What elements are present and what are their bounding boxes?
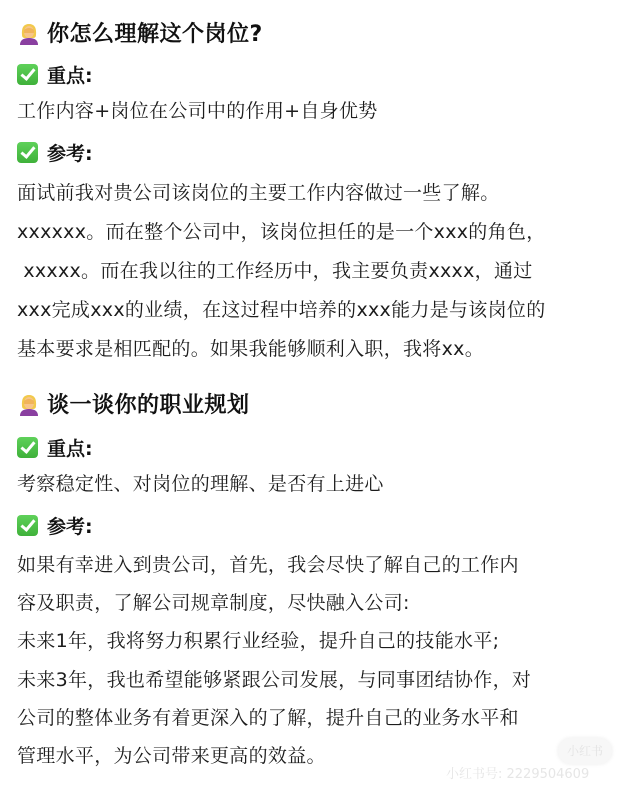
reference-line: xxxxx。而在我以往的工作经历中，我主要负责xxxx，通过 — [17, 256, 533, 283]
reference-line: 如果有幸进入到贵公司，首先，我会尽快了解自己的工作内 — [17, 550, 519, 577]
reference-line: 容及职责，了解公司规章制度，尽快融入公司: — [17, 588, 410, 615]
key-point-label-text: 重点: — [47, 438, 93, 460]
section-2-key-point-label: 重点: — [17, 434, 93, 461]
reference-line: 管理水平，为公司带来更高的效益。 — [17, 741, 326, 768]
section-title-text: 谈一谈你的职业规划 — [47, 393, 250, 418]
reference-line: 基本要求是相匹配的。如果我能够顺利入职，我将xx。 — [17, 334, 484, 361]
section-1-key-point-text: 工作内容+岗位在公司中的作用+自身优势 — [17, 96, 378, 123]
reference-line: 未来1年，我将努力积累行业经验，提升自己的技能水平; — [17, 626, 499, 653]
check-mark-icon — [17, 515, 38, 536]
reference-label-text: 参考: — [47, 143, 93, 165]
check-mark-icon — [17, 437, 38, 458]
reference-line: xxxxxx。而在整个公司中，该岗位担任的是一个xxx的角色， — [17, 217, 546, 244]
reference-line: 未来3年，我也希望能够紧跟公司发展，与同事团结协作，对 — [17, 665, 531, 692]
section-2-title: 谈一谈你的职业规划 — [17, 388, 250, 419]
section-title-text: 你怎么理解这个岗位? — [47, 22, 263, 47]
reference-line: 公司的整体业务有着更深入的了解，提升自己的业务水平和 — [17, 703, 519, 730]
section-1-reference-label: 参考: — [17, 139, 93, 166]
key-point-label-text: 重点: — [47, 65, 93, 87]
check-mark-icon — [17, 142, 38, 163]
reference-line: xxx完成xxx的业绩，在这过程中培养的xxx能力是与该岗位的 — [17, 295, 546, 322]
reference-label-text: 参考: — [47, 516, 93, 538]
reference-line: 面试前我对贵公司该岗位的主要工作内容做过一些了解。 — [17, 178, 500, 205]
section-1-title: 你怎么理解这个岗位? — [17, 17, 263, 48]
watermark-account-id: 小红书号: 2229504609 — [446, 763, 589, 782]
watermark-badge: 小红书 — [558, 738, 612, 764]
section-2-key-point-text: 考察稳定性、对岗位的理解、是否有上进心 — [17, 469, 384, 496]
woman-facepalming-icon — [17, 21, 41, 45]
check-mark-icon — [17, 64, 38, 85]
woman-facepalming-icon — [17, 392, 41, 416]
section-2-reference-label: 参考: — [17, 512, 93, 539]
section-1-key-point-label: 重点: — [17, 61, 93, 88]
